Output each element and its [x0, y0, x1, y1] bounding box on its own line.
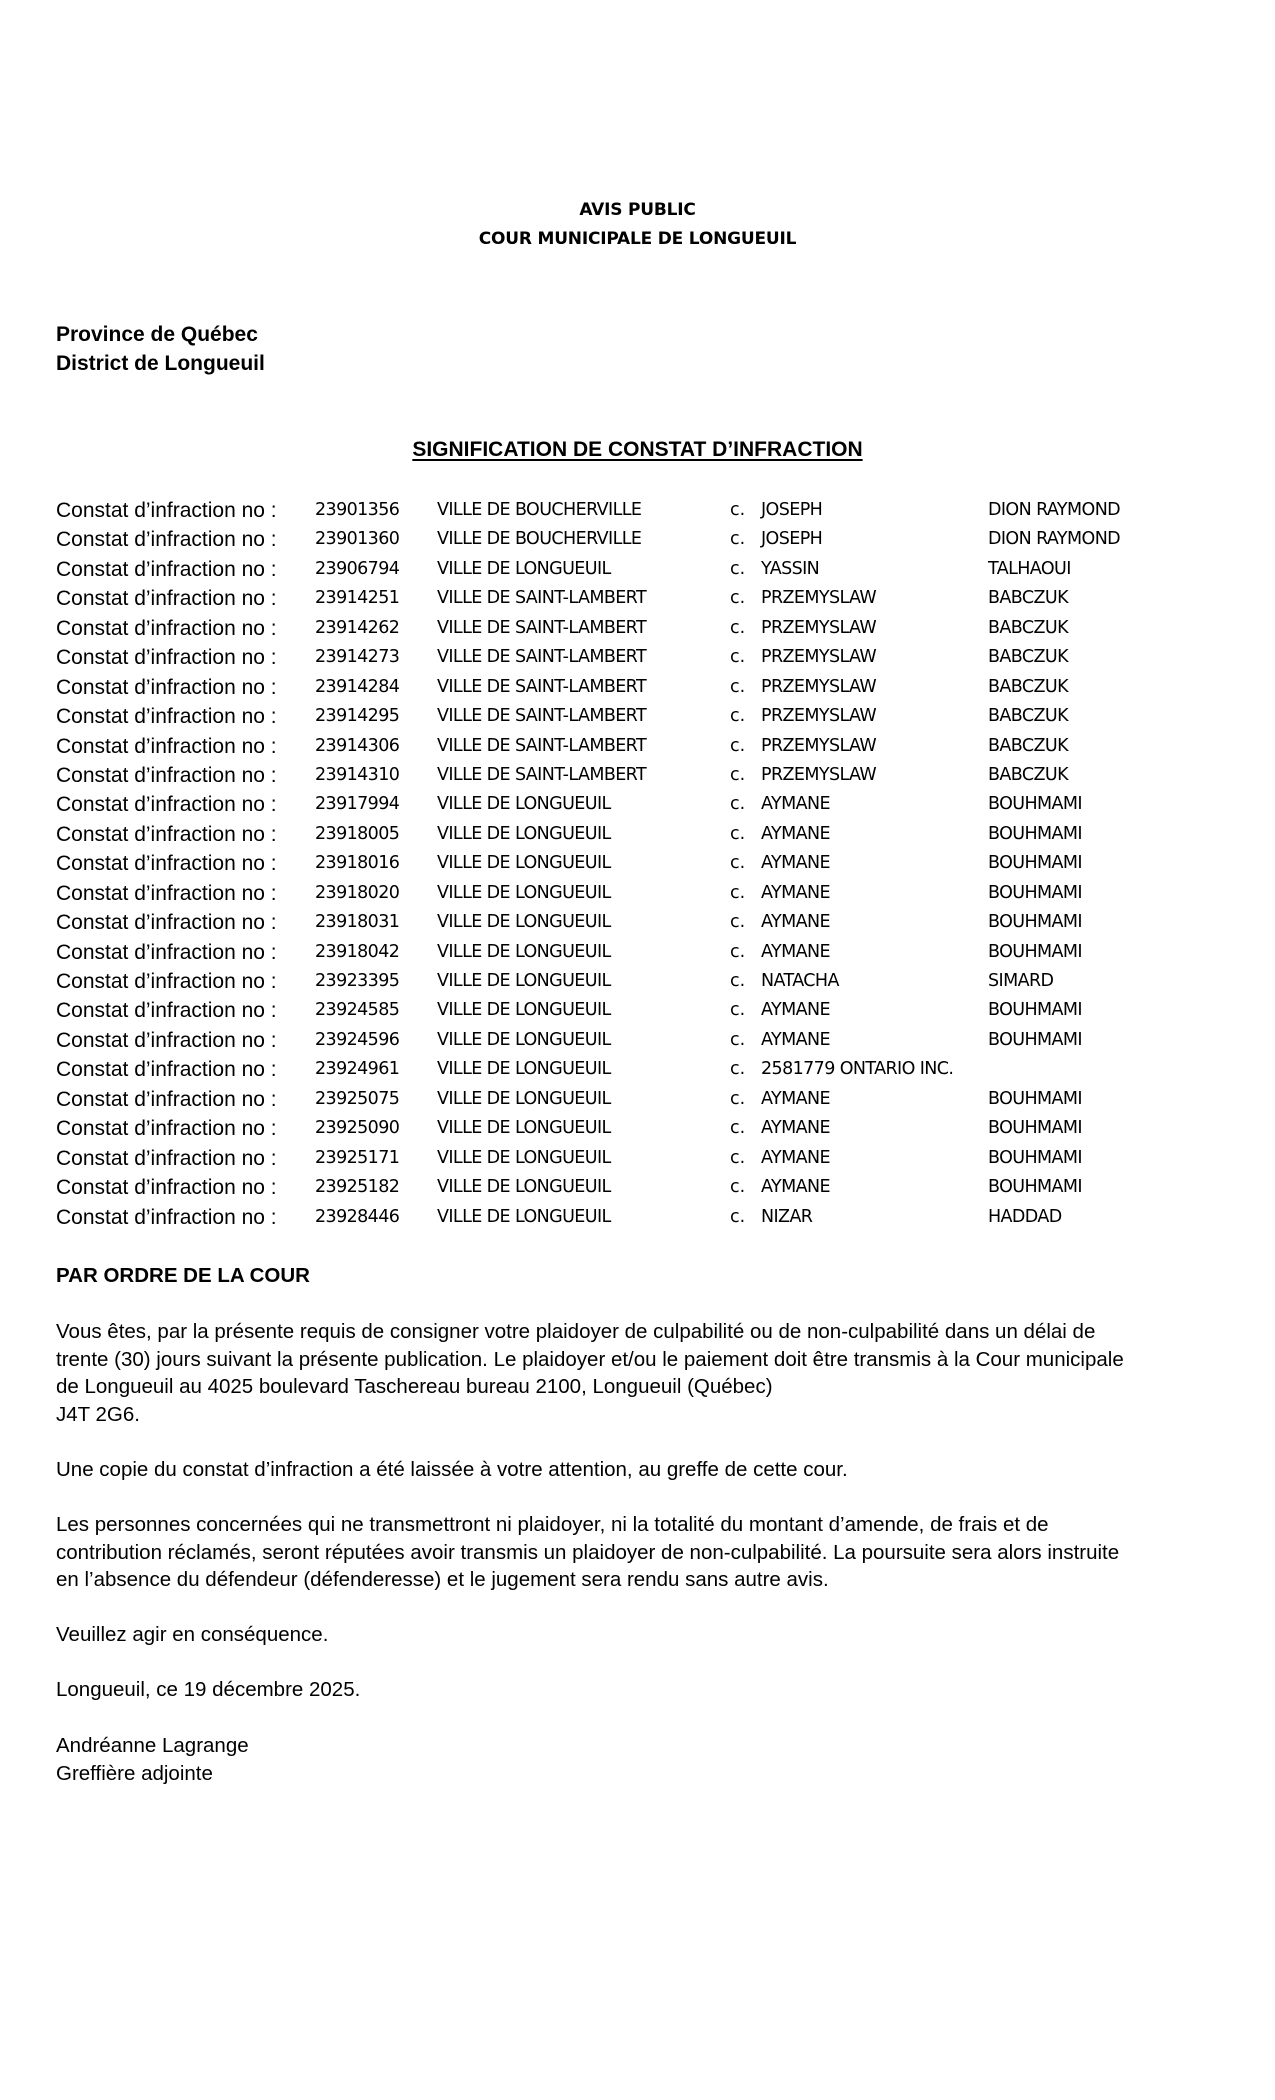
defendant-first-name: PRZEMYSLAW: [761, 584, 876, 613]
row-label: Constat d’infraction no :: [56, 879, 277, 908]
row-label: Constat d’infraction no :: [56, 555, 277, 584]
defendant-first-name: PRZEMYSLAW: [761, 702, 876, 731]
prosecuting-city: VILLE DE LONGUEUIL: [437, 1144, 611, 1173]
defendant-last-name: BOUHMAMI: [988, 879, 1082, 908]
prosecuting-city: VILLE DE LONGUEUIL: [437, 1203, 611, 1232]
infraction-number: 23914262: [315, 614, 399, 643]
defendant-last-name: BOUHMAMI: [988, 849, 1082, 878]
prosecuting-city: VILLE DE SAINT-LAMBERT: [437, 584, 646, 613]
paragraph-line: en l’absence du défendeur (défenderesse)…: [56, 1566, 1236, 1594]
versus-marker: c.: [730, 702, 745, 731]
row-label: Constat d’infraction no :: [56, 673, 277, 702]
versus-marker: c.: [730, 849, 745, 878]
versus-marker: c.: [730, 732, 745, 761]
versus-marker: c.: [730, 761, 745, 790]
prosecuting-city: VILLE DE LONGUEUIL: [437, 1026, 611, 1055]
jurisdiction: Province de Québec District de Longueuil: [56, 320, 265, 378]
prosecuting-city: VILLE DE SAINT-LAMBERT: [437, 673, 646, 702]
versus-marker: c.: [730, 908, 745, 937]
infraction-number: 23914273: [315, 643, 399, 672]
prosecuting-city: VILLE DE LONGUEUIL: [437, 1114, 611, 1143]
prosecuting-city: VILLE DE BOUCHERVILLE: [437, 525, 641, 554]
infraction-number: 23906794: [315, 555, 399, 584]
signature-block: Andréanne Lagrange Greffière adjointe: [56, 1732, 1236, 1787]
infraction-row: Constat d’infraction no :23925075VILLE D…: [56, 1085, 1236, 1114]
prosecuting-city: VILLE DE SAINT-LAMBERT: [437, 761, 646, 790]
versus-marker: c.: [730, 790, 745, 819]
infraction-number: 23918016: [315, 849, 399, 878]
infraction-number: 23925182: [315, 1173, 399, 1202]
defendant-last-name: DION RAYMOND: [988, 525, 1120, 554]
prosecuting-city: VILLE DE SAINT-LAMBERT: [437, 614, 646, 643]
defendant-first-name: AYMANE: [761, 908, 830, 937]
infraction-row: Constat d’infraction no :23906794VILLE D…: [56, 555, 1236, 584]
prosecuting-city: VILLE DE LONGUEUIL: [437, 820, 611, 849]
row-label: Constat d’infraction no :: [56, 732, 277, 761]
versus-marker: c.: [730, 1085, 745, 1114]
row-label: Constat d’infraction no :: [56, 1203, 277, 1232]
versus-marker: c.: [730, 584, 745, 613]
row-label: Constat d’infraction no :: [56, 849, 277, 878]
prosecuting-city: VILLE DE LONGUEUIL: [437, 908, 611, 937]
infraction-number: 23917994: [315, 790, 399, 819]
infraction-list: Constat d’infraction no :23901356VILLE D…: [56, 496, 1236, 1232]
infraction-row: Constat d’infraction no :23914310VILLE D…: [56, 761, 1236, 790]
infraction-row: Constat d’infraction no :23918016VILLE D…: [56, 849, 1236, 878]
defendant-first-name: NATACHA: [761, 967, 839, 996]
prosecuting-city: VILLE DE BOUCHERVILLE: [437, 496, 641, 525]
infraction-row: Constat d’infraction no :23924585VILLE D…: [56, 996, 1236, 1025]
infraction-row: Constat d’infraction no :23917994VILLE D…: [56, 790, 1236, 819]
prosecuting-city: VILLE DE LONGUEUIL: [437, 879, 611, 908]
section-title: SIGNIFICATION DE CONSTAT D’INFRACTION: [0, 438, 1275, 462]
infraction-row: Constat d’infraction no :23901360VILLE D…: [56, 525, 1236, 554]
infraction-row: Constat d’infraction no :23918005VILLE D…: [56, 820, 1236, 849]
prosecuting-city: VILLE DE SAINT-LAMBERT: [437, 643, 646, 672]
defendant-last-name: BABCZUK: [988, 673, 1068, 702]
notice-header: AVIS PUBLIC COUR MUNICIPALE DE LONGUEUIL: [0, 196, 1275, 254]
row-label: Constat d’infraction no :: [56, 614, 277, 643]
defendant-first-name: AYMANE: [761, 820, 830, 849]
defendant-first-name: AYMANE: [761, 1026, 830, 1055]
defendant-first-name: PRZEMYSLAW: [761, 732, 876, 761]
versus-marker: c.: [730, 820, 745, 849]
signatory-title: Greffière adjointe: [56, 1760, 1236, 1788]
defendant-last-name: BABCZUK: [988, 643, 1068, 672]
infraction-number: 23924961: [315, 1055, 399, 1084]
defendant-last-name: BOUHMAMI: [988, 1173, 1082, 1202]
signatory-name: Andréanne Lagrange: [56, 1732, 1236, 1760]
order-title: PAR ORDRE DE LA COUR: [56, 1262, 1236, 1290]
versus-marker: c.: [730, 1203, 745, 1232]
defendant-first-name: JOSEPH: [761, 496, 822, 525]
row-label: Constat d’infraction no :: [56, 761, 277, 790]
defendant-last-name: BABCZUK: [988, 702, 1068, 731]
row-label: Constat d’infraction no :: [56, 820, 277, 849]
row-label: Constat d’infraction no :: [56, 1114, 277, 1143]
infraction-row: Constat d’infraction no :23925171VILLE D…: [56, 1144, 1236, 1173]
defendant-first-name: JOSEPH: [761, 525, 822, 554]
row-label: Constat d’infraction no :: [56, 938, 277, 967]
row-label: Constat d’infraction no :: [56, 1055, 277, 1084]
date-line: Longueuil, ce 19 décembre 2025.: [56, 1676, 1236, 1704]
prosecuting-city: VILLE DE LONGUEUIL: [437, 1173, 611, 1202]
paragraph-line: trente (30) jours suivant la présente pu…: [56, 1346, 1236, 1374]
prosecuting-city: VILLE DE LONGUEUIL: [437, 996, 611, 1025]
defendant-first-name: YASSIN: [761, 555, 819, 584]
defendant-first-name: AYMANE: [761, 1173, 830, 1202]
prosecuting-city: VILLE DE LONGUEUIL: [437, 967, 611, 996]
infraction-number: 23928446: [315, 1203, 399, 1232]
infraction-number: 23914306: [315, 732, 399, 761]
prosecuting-city: VILLE DE LONGUEUIL: [437, 849, 611, 878]
defendant-last-name: BOUHMAMI: [988, 908, 1082, 937]
infraction-row: Constat d’infraction no :23914262VILLE D…: [56, 614, 1236, 643]
infraction-row: Constat d’infraction no :23918031VILLE D…: [56, 908, 1236, 937]
infraction-row: Constat d’infraction no :23924961VILLE D…: [56, 1055, 1236, 1084]
infraction-row: Constat d’infraction no :23914273VILLE D…: [56, 643, 1236, 672]
prosecuting-city: VILLE DE SAINT-LAMBERT: [437, 732, 646, 761]
infraction-row: Constat d’infraction no :23925182VILLE D…: [56, 1173, 1236, 1202]
versus-marker: c.: [730, 996, 745, 1025]
versus-marker: c.: [730, 643, 745, 672]
defendant-last-name: BOUHMAMI: [988, 1144, 1082, 1173]
infraction-row: Constat d’infraction no :23923395VILLE D…: [56, 967, 1236, 996]
prosecuting-city: VILLE DE LONGUEUIL: [437, 555, 611, 584]
defendant-first-name: AYMANE: [761, 996, 830, 1025]
versus-marker: c.: [730, 496, 745, 525]
infraction-number: 23901360: [315, 525, 399, 554]
row-label: Constat d’infraction no :: [56, 702, 277, 731]
row-label: Constat d’infraction no :: [56, 790, 277, 819]
defendant-last-name: TALHAOUI: [988, 555, 1071, 584]
infraction-row: Constat d’infraction no :23914295VILLE D…: [56, 702, 1236, 731]
defendant-first-name: PRZEMYSLAW: [761, 614, 876, 643]
defendant-first-name: PRZEMYSLAW: [761, 643, 876, 672]
defendant-last-name: BOUHMAMI: [988, 820, 1082, 849]
paragraph-line: contribution réclamés, seront réputées a…: [56, 1539, 1236, 1567]
versus-marker: c.: [730, 967, 745, 996]
infraction-row: Constat d’infraction no :23914306VILLE D…: [56, 732, 1236, 761]
row-label: Constat d’infraction no :: [56, 908, 277, 937]
infraction-number: 23925171: [315, 1144, 399, 1173]
infraction-row: Constat d’infraction no :23901356VILLE D…: [56, 496, 1236, 525]
infraction-number: 23918020: [315, 879, 399, 908]
row-label: Constat d’infraction no :: [56, 1144, 277, 1173]
prosecuting-city: VILLE DE LONGUEUIL: [437, 1055, 611, 1084]
prosecuting-city: VILLE DE LONGUEUIL: [437, 938, 611, 967]
versus-marker: c.: [730, 938, 745, 967]
defendant-last-name: BOUHMAMI: [988, 1085, 1082, 1114]
defendant-first-name: PRZEMYSLAW: [761, 761, 876, 790]
notice-type: AVIS PUBLIC: [0, 196, 1275, 225]
defendant-last-name: DION RAYMOND: [988, 496, 1120, 525]
defendant-first-name: AYMANE: [761, 849, 830, 878]
defendant-last-name: BOUHMAMI: [988, 1114, 1082, 1143]
defendant-first-name: AYMANE: [761, 938, 830, 967]
defendant-last-name: HADDAD: [988, 1203, 1062, 1232]
defendant-last-name: BABCZUK: [988, 732, 1068, 761]
defendant-last-name: BOUHMAMI: [988, 1026, 1082, 1055]
paragraph-line: de Longueuil au 4025 boulevard Tascherea…: [56, 1373, 1236, 1401]
district: District de Longueuil: [56, 349, 265, 378]
closing-paragraph: Veuillez agir en conséquence.: [56, 1621, 1236, 1649]
province: Province de Québec: [56, 320, 265, 349]
paragraph-line: J4T 2G6.: [56, 1401, 1236, 1429]
infraction-number: 23923395: [315, 967, 399, 996]
infraction-number: 23914251: [315, 584, 399, 613]
row-label: Constat d’infraction no :: [56, 1085, 277, 1114]
defendant-first-name: NIZAR: [761, 1203, 812, 1232]
defendant-first-name: AYMANE: [761, 1085, 830, 1114]
defendant-first-name: 2581779 ONTARIO INC.: [761, 1055, 953, 1084]
infraction-number: 23925075: [315, 1085, 399, 1114]
versus-marker: c.: [730, 1144, 745, 1173]
infraction-row: Constat d’infraction no :23925090VILLE D…: [56, 1114, 1236, 1143]
row-label: Constat d’infraction no :: [56, 643, 277, 672]
versus-marker: c.: [730, 1026, 745, 1055]
versus-marker: c.: [730, 1055, 745, 1084]
versus-marker: c.: [730, 525, 745, 554]
prosecuting-city: VILLE DE LONGUEUIL: [437, 1085, 611, 1114]
row-label: Constat d’infraction no :: [56, 1173, 277, 1202]
row-label: Constat d’infraction no :: [56, 1026, 277, 1055]
defendant-first-name: AYMANE: [761, 1114, 830, 1143]
plea-instructions-paragraph: Vous êtes, par la présente requis de con…: [56, 1318, 1236, 1428]
versus-marker: c.: [730, 555, 745, 584]
infraction-number: 23924585: [315, 996, 399, 1025]
infraction-row: Constat d’infraction no :23914251VILLE D…: [56, 584, 1236, 613]
infraction-row: Constat d’infraction no :23924596VILLE D…: [56, 1026, 1236, 1055]
versus-marker: c.: [730, 1114, 745, 1143]
infraction-row: Constat d’infraction no :23918042VILLE D…: [56, 938, 1236, 967]
defendant-last-name: BABCZUK: [988, 761, 1068, 790]
row-label: Constat d’infraction no :: [56, 496, 277, 525]
infraction-number: 23914295: [315, 702, 399, 731]
infraction-number: 23924596: [315, 1026, 399, 1055]
infraction-number: 23901356: [315, 496, 399, 525]
defendant-last-name: BOUHMAMI: [988, 996, 1082, 1025]
infraction-number: 23925090: [315, 1114, 399, 1143]
versus-marker: c.: [730, 673, 745, 702]
defendant-last-name: BOUHMAMI: [988, 790, 1082, 819]
infraction-row: Constat d’infraction no :23918020VILLE D…: [56, 879, 1236, 908]
infraction-number: 23914310: [315, 761, 399, 790]
default-judgment-paragraph: Les personnes concernées qui ne transmet…: [56, 1511, 1236, 1594]
row-label: Constat d’infraction no :: [56, 967, 277, 996]
defendant-last-name: BABCZUK: [988, 584, 1068, 613]
versus-marker: c.: [730, 614, 745, 643]
versus-marker: c.: [730, 1173, 745, 1202]
defendant-first-name: AYMANE: [761, 790, 830, 819]
versus-marker: c.: [730, 879, 745, 908]
prosecuting-city: VILLE DE LONGUEUIL: [437, 790, 611, 819]
defendant-first-name: PRZEMYSLAW: [761, 673, 876, 702]
infraction-row: Constat d’infraction no :23914284VILLE D…: [56, 673, 1236, 702]
infraction-number: 23918031: [315, 908, 399, 937]
row-label: Constat d’infraction no :: [56, 584, 277, 613]
defendant-first-name: AYMANE: [761, 1144, 830, 1173]
row-label: Constat d’infraction no :: [56, 525, 277, 554]
court-name: COUR MUNICIPALE DE LONGUEUIL: [0, 225, 1275, 254]
infraction-number: 23918042: [315, 938, 399, 967]
defendant-last-name: SIMARD: [988, 967, 1053, 996]
infraction-number: 23918005: [315, 820, 399, 849]
infraction-number: 23914284: [315, 673, 399, 702]
paragraph-line: Les personnes concernées qui ne transmet…: [56, 1511, 1236, 1539]
paragraph-line: Vous êtes, par la présente requis de con…: [56, 1318, 1236, 1346]
copy-notice-paragraph: Une copie du constat d’infraction a été …: [56, 1456, 1236, 1484]
infraction-row: Constat d’infraction no :23928446VILLE D…: [56, 1203, 1236, 1232]
defendant-last-name: BOUHMAMI: [988, 938, 1082, 967]
defendant-first-name: AYMANE: [761, 879, 830, 908]
defendant-last-name: BABCZUK: [988, 614, 1068, 643]
prosecuting-city: VILLE DE SAINT-LAMBERT: [437, 702, 646, 731]
row-label: Constat d’infraction no :: [56, 996, 277, 1025]
